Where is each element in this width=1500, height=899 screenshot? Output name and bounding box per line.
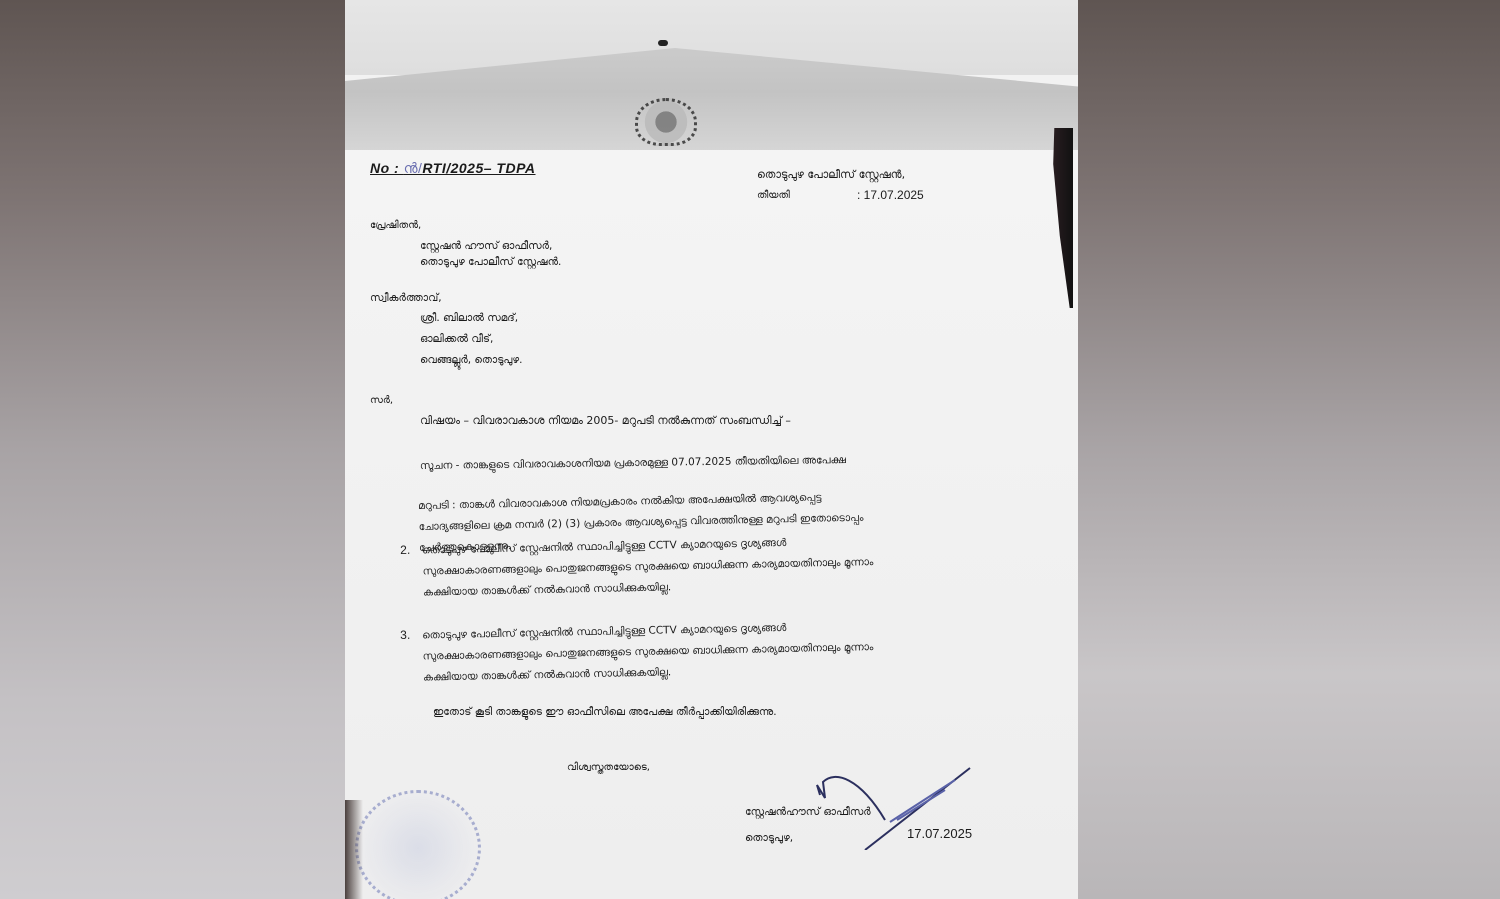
signatory-place: തൊടുപുഴ,: [745, 832, 793, 845]
paragraph-line: സുരക്ഷാകാരണങ്ങളാലും പൊതുജനങ്ങളുടെ സുരക്ഷ…: [423, 641, 874, 662]
finger-shadow: [345, 800, 363, 899]
document-photo: No : ൻ/RTI/2025– TDPA തൊടുപുഴ പോലീസ് സ്റ…: [345, 0, 1078, 899]
reply-paragraph-3: 3.തൊടുപുഴ പോലീസ് സ്റ്റേഷനിൽ സ്ഥാപിച്ചിട്…: [400, 612, 1041, 689]
reply-paragraph-2: 2.തൊടുപുഴ പോലീസ് സ്റ്റേഷനിൽ സ്ഥാപിച്ചിട്…: [400, 527, 1041, 604]
paragraph-line: സുരക്ഷാകാരണങ്ങളാലും പൊതുജനങ്ങളുടെ സുരക്ഷ…: [423, 556, 874, 577]
paragraph-line: കക്ഷിയായ താങ്കൾക്ക് നൽകുവാൻ സാധിക്കുകയില…: [423, 581, 671, 598]
office-seal-stamp-icon: [355, 790, 481, 899]
signatory-title: സ്റ്റേഷൻഹൗസ് ഓഫീസർ: [745, 806, 871, 819]
station-name: തൊടുപുഴ പോലീസ് സ്റ്റേഷൻ,: [757, 168, 905, 182]
reference-handwritten-code: ൻ/: [404, 160, 423, 176]
reference-number: No : ൻ/RTI/2025– TDPA: [370, 160, 536, 177]
paragraph-line: കക്ഷിയായ താങ്കൾക്ക് നൽകുവാൻ സാധിക്കുകയില…: [423, 666, 671, 683]
date-value: : 17.07.2025: [857, 188, 924, 202]
blurred-background-right: [1078, 0, 1500, 899]
to-line: വെങ്ങല്ലൂർ, തൊടുപുഴ.: [420, 354, 522, 367]
yours-faithfully: വിശ്വസ്തതയോടെ,: [567, 762, 650, 773]
reference-suffix: RTI/2025– TDPA: [422, 160, 535, 176]
from-line: തൊടുപുഴ പോലീസ് സ്റ്റേഷൻ.: [420, 256, 561, 269]
signatory-date: 17.07.2025: [907, 826, 972, 841]
subject-line: വിഷയം – വിവരാവകാശ നിയമം 2005- മറുപടി നൽക…: [420, 414, 791, 428]
date-label: തീയതി: [757, 190, 790, 201]
to-label: സ്വീകർത്താവ്,: [370, 292, 442, 305]
pin-mark: [658, 40, 668, 46]
to-line: ശ്രീ. ബിലാൽ സമദ്,: [420, 312, 518, 325]
police-emblem-icon: [635, 98, 697, 146]
to-line: ഓലിക്കൽ വീട്,: [420, 333, 493, 346]
from-label: പ്രേഷിതൻ,: [370, 220, 421, 231]
paragraph-line: തൊടുപുഴ പോലീസ് സ്റ്റേഷനിൽ സ്ഥാപിച്ചിട്ടു…: [422, 622, 786, 642]
paragraph-number: 2.: [400, 540, 422, 561]
paragraph-line: തൊടുപുഴ പോലീസ് സ്റ്റേഷനിൽ സ്ഥാപിച്ചിട്ടു…: [422, 537, 786, 557]
from-line: സ്റ്റേഷൻ ഹൗസ് ഓഫീസർ,: [420, 240, 552, 253]
blurred-background-left: [0, 0, 345, 899]
closing-line: ഇതോട് കൂടി താങ്കളുടെ ഈ ഓഫീസിലെ അപേക്ഷ തീ…: [433, 706, 777, 719]
salutation: സർ,: [370, 395, 393, 406]
paragraph-number: 3.: [400, 625, 422, 646]
reference-prefix: No :: [370, 160, 404, 176]
